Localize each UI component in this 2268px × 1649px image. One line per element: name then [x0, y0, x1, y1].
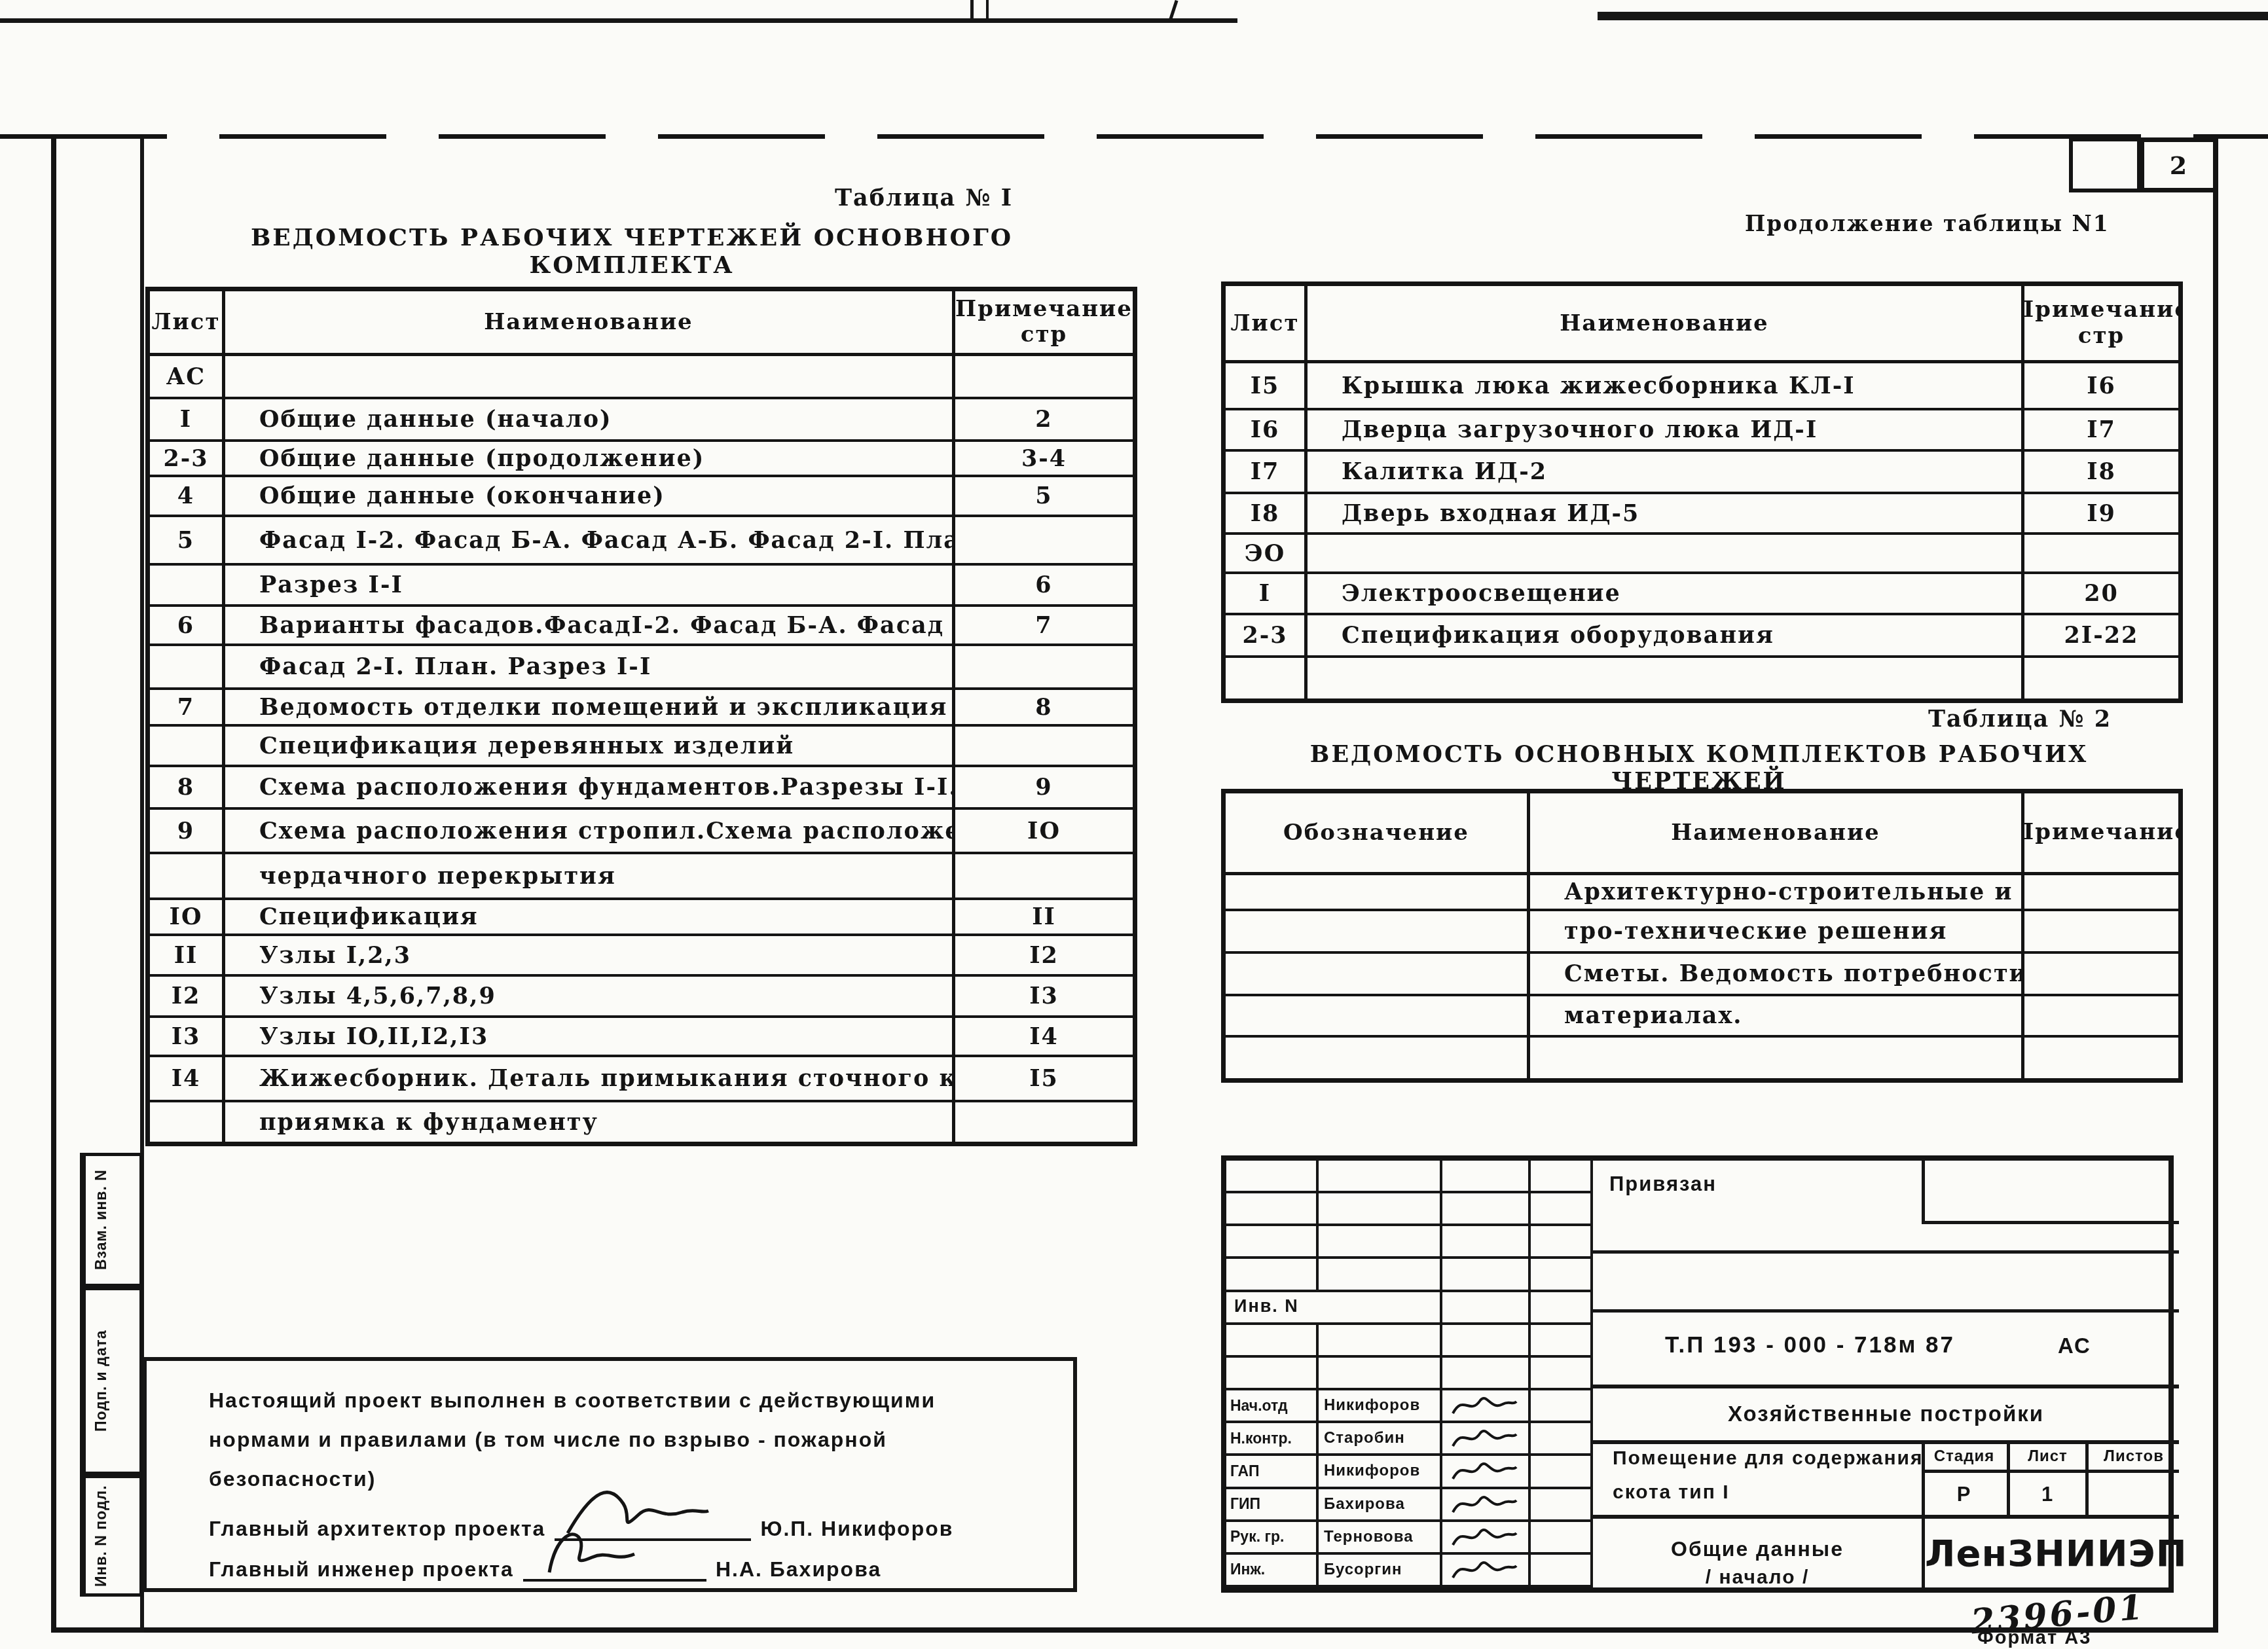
grid-cell	[1531, 1390, 1593, 1423]
table-cell-text: I6	[2087, 372, 2116, 399]
table-cell-text: Крышка люка жижесборника КЛ-I	[1342, 372, 1856, 399]
table-main-sets: ОбозначениеНаименованиеПримечаниеАрхитек…	[1221, 789, 2183, 1083]
table-cell-text: 2I-22	[2064, 622, 2139, 649]
scan-artifact-tick	[1169, 0, 1178, 20]
table-cell	[2024, 1038, 2178, 1078]
table-row: 7Ведомость отделки помещений и экспликац…	[150, 690, 1133, 727]
signature-squiggle	[1448, 1523, 1520, 1551]
table-row: IЭлектроосвещение20	[1226, 574, 2178, 615]
table-cell-text: Архитектурно-строительные и элек-	[1564, 879, 2024, 905]
table-cell-text: Узлы IO,II,I2,I3	[259, 1023, 488, 1050]
table-cell: 5	[150, 517, 225, 563]
org-name: ЛенЗНИИЭП	[1925, 1532, 2179, 1575]
divider	[1593, 1309, 2179, 1313]
table-working-drawings: ЛистНаименованиеПримечаниестрАСIОбщие да…	[145, 287, 1137, 1146]
grid-cell: Рук. гр.	[1226, 1522, 1319, 1555]
table-cell: Спецификация деревянных изделий	[225, 727, 955, 765]
table-cell	[955, 1102, 1133, 1142]
grid-cell	[1531, 1522, 1593, 1555]
stamp-sheet-title-line2: / начало /	[1593, 1567, 1922, 1589]
table-cell-text: I2	[172, 983, 201, 1009]
table-cell: 5	[955, 477, 1133, 515]
table-cell	[2024, 996, 2178, 1035]
table-cell	[2024, 875, 2178, 909]
statement-line: нормами и правилами (в том числе по взры…	[209, 1428, 887, 1452]
signature-squiggle	[1448, 1490, 1520, 1519]
scan-artifact-tick	[986, 0, 989, 18]
stamp-doc-number: Т.П 193 - 000 - 718м 87	[1665, 1332, 1955, 1358]
signature-squiggle	[1448, 1391, 1520, 1420]
table-cell-text: 20	[2084, 580, 2119, 607]
table-cell-text: 4	[177, 482, 194, 509]
person-name: Бахирова	[1319, 1495, 1405, 1513]
table-cell-text: 8	[1035, 694, 1052, 721]
table-row: тро-технические решения	[1226, 911, 2178, 954]
table-cell: АС	[150, 356, 225, 397]
table-cell-text: I3	[1029, 983, 1059, 1009]
table-cell: Примечаниестр	[2024, 286, 2178, 360]
table-cell: Варианты фасадов.ФасадI-2. Фасад Б-А. Фа…	[225, 607, 955, 643]
table-cell-text: 7	[177, 694, 194, 721]
grid-cell: Бусоргин	[1319, 1555, 1442, 1587]
table-cell-text: Узлы I,2,3	[259, 942, 411, 969]
table-cell: I7	[2024, 410, 2178, 449]
table-cell: I5	[1226, 363, 1308, 408]
sheet-number-value: 1	[2010, 1483, 2085, 1506]
grid-cell	[1442, 1522, 1531, 1555]
table-cell-text: Лист	[151, 309, 220, 335]
person-name: Никифоров	[1319, 1396, 1420, 1415]
table-row: I4Жижесборник. Деталь примыкания сточног…	[150, 1057, 1133, 1102]
margin-stamp-label: Инв. N подл.	[83, 1478, 116, 1593]
table-row: Разрез I-I6	[150, 566, 1133, 607]
table-cell-text: Схема расположения стропил.Схема располо…	[259, 818, 955, 844]
table-cell: I3	[955, 977, 1133, 1015]
statement-line: безопасности)	[209, 1467, 376, 1491]
table-cell-text: Узлы 4,5,6,7,8,9	[259, 983, 496, 1009]
table-cell: I9	[2024, 494, 2178, 532]
divider	[1593, 1385, 2179, 1388]
table-cell-text: Спецификация деревянных изделий	[259, 733, 794, 759]
table-cell: Примечаниестр	[955, 291, 1133, 353]
grid-cell	[1226, 1358, 1319, 1390]
grid-cell	[1442, 1555, 1531, 1587]
grid-cell	[1442, 1259, 1531, 1292]
table-cell-text: IO	[1027, 818, 1061, 844]
table-cell	[1226, 954, 1530, 994]
table2-caption: Таблица № 2	[1928, 706, 2112, 733]
table-cell	[1226, 658, 1308, 698]
grid-cell	[1531, 1161, 1593, 1193]
table-cell: Общие данные (начало)	[225, 399, 955, 439]
table-cell-text: Общие данные (начало)	[259, 406, 612, 433]
table-cell: ЭО	[1226, 535, 1308, 571]
table-cell-text: ЭО	[1245, 540, 1285, 567]
table-row: I7Калитка ИД-2I8	[1226, 452, 2178, 494]
table-header-row: ЛистНаименованиеПримечаниестр	[1226, 286, 2178, 363]
table-cell-text: материалах.	[1564, 1002, 1743, 1029]
margin-stamp-box: Взам. инв. N	[80, 1153, 143, 1287]
table-cell: Фасад 2-I. План. Разрез I-I	[225, 646, 955, 687]
table-cell: I7	[1226, 452, 1308, 492]
table-cell-text: Схема расположения фундаментов.Разрезы I…	[259, 774, 955, 801]
table-cell-text: Спецификация	[259, 903, 479, 930]
divider	[1922, 1221, 2179, 1224]
compliance-statement-box: Настоящий проект выполнен в соответствии…	[143, 1357, 1077, 1592]
table-cell-text: тро-технические решения	[1564, 918, 1947, 945]
table-cell	[955, 517, 1133, 563]
table-cell: Калитка ИД-2	[1308, 452, 2024, 492]
grid-cell	[1531, 1489, 1593, 1522]
table-row: 2-3Спецификация оборудования2I-22	[1226, 615, 2178, 658]
grid-cell: Никифоров	[1319, 1390, 1442, 1423]
table-cell-text: I8	[2087, 458, 2116, 485]
table-cell: Лист	[1226, 286, 1308, 360]
divider	[1922, 1470, 2179, 1473]
table-cell-text: стр	[1021, 322, 1068, 348]
grid-cell: Терновова	[1319, 1522, 1442, 1555]
table-cell: Архитектурно-строительные и элек-	[1530, 875, 2024, 909]
table-cell-text: I3	[172, 1023, 201, 1050]
table-cell: материалах.	[1530, 996, 2024, 1035]
table-cell	[150, 646, 225, 687]
grid-cell	[1442, 1325, 1531, 1358]
grid-cell	[1531, 1358, 1593, 1390]
table-cell: Общие данные (окончание)	[225, 477, 955, 515]
table-row: 5Фасад I-2. Фасад Б-А. Фасад А-Б. Фасад …	[150, 517, 1133, 566]
stage-header-stadia: Стадия	[1922, 1447, 2007, 1466]
table-cell	[955, 646, 1133, 687]
grid-cell	[1226, 1259, 1319, 1292]
table-cell: 9	[150, 810, 225, 852]
person-name: Терновова	[1319, 1528, 1414, 1546]
table-cell-text: 8	[177, 774, 194, 801]
table-cell: Наименование	[1530, 793, 2024, 872]
margin-stamp-box: Инв. N подл.	[80, 1475, 143, 1597]
table-cell: Обозначение	[1226, 793, 1530, 872]
table-row: 4Общие данные (окончание)5	[150, 477, 1133, 517]
table-cell-text: I	[180, 406, 192, 433]
divider	[1593, 1250, 2179, 1254]
signature-squiggle	[1448, 1457, 1520, 1485]
table-row: I5Крышка люка жижесборника КЛ-II6	[1226, 363, 2178, 410]
table-row: Спецификация деревянных изделий	[150, 727, 1133, 767]
grid-cell	[1531, 1226, 1593, 1259]
table-cell: I2	[955, 936, 1133, 974]
table-cell: 2	[955, 399, 1133, 439]
table-cell: Общие данные (продолжение)	[225, 442, 955, 475]
statement-line: Настоящий проект выполнен в соответствии…	[209, 1388, 936, 1413]
table-cell: 7	[150, 690, 225, 724]
table-cell: 8	[150, 767, 225, 807]
table-cell-text: 3-4	[1021, 445, 1067, 472]
grid-cell	[1531, 1193, 1593, 1226]
table-cell-text: Обозначение	[1283, 820, 1469, 846]
signature-squiggle	[1448, 1555, 1520, 1584]
margin-stamp-empty-cell	[116, 1478, 139, 1593]
person-name: Бусоргин	[1319, 1561, 1402, 1579]
grid-cell	[1319, 1226, 1442, 1259]
table-row: I8Дверь входная ИД-5I9	[1226, 494, 2178, 535]
signer-name: Н.А. Бахирова	[716, 1557, 881, 1582]
table-cell-text: приямка к фундаменту	[259, 1109, 598, 1136]
grid-cell	[1531, 1555, 1593, 1587]
divider	[1593, 1515, 2179, 1519]
table-cell: Наименование	[225, 291, 955, 353]
grid-cell	[1442, 1456, 1531, 1489]
table-cell-text: Фасад 2-I. План. Разрез I-I	[259, 653, 651, 680]
table-cell: 2I-22	[2024, 615, 2178, 655]
table-cell	[1226, 875, 1530, 909]
stage-value: Р	[1922, 1483, 2007, 1506]
grid-cell	[1531, 1259, 1593, 1292]
table1cont-caption: Продолжение таблицы N1	[1745, 211, 2110, 236]
signature-squiggle	[1448, 1424, 1520, 1453]
table-cell: I8	[2024, 452, 2178, 492]
table-cell-text: Сметы. Ведомость потребности в	[1564, 960, 2024, 987]
table-cell-text: 7	[1035, 612, 1052, 639]
table-cell-text: IO	[170, 903, 203, 930]
table-header-row: ЛистНаименованиеПримечаниестр	[150, 291, 1133, 356]
grid-cell: Бахирова	[1319, 1489, 1442, 1522]
grid-cell	[1531, 1456, 1593, 1489]
table-cell: I8	[1226, 494, 1308, 532]
signer-role: Главный инженер проекта	[209, 1557, 514, 1582]
grid-cell	[1226, 1226, 1319, 1259]
signature-squiggle	[530, 1521, 661, 1578]
table-cell: Наименование	[1308, 286, 2024, 360]
table-cell-text: Фасад I-2. Фасад Б-А. Фасад А-Б. Фасад 2…	[259, 527, 955, 554]
table-cell: I	[1226, 574, 1308, 613]
table-cell-text: I5	[1029, 1065, 1059, 1092]
table-cell-text: 9	[1035, 774, 1052, 801]
table-cell-text: 6	[1035, 571, 1052, 598]
grid-cell	[1226, 1161, 1319, 1193]
table-cell-text: I8	[1251, 500, 1280, 527]
grid-cell	[1442, 1489, 1531, 1522]
grid-cell: ГИП	[1226, 1489, 1319, 1522]
table-cell-text: I4	[1029, 1023, 1059, 1050]
table-row: материалах.	[1226, 996, 2178, 1038]
table-cell-text: Общие данные (продолжение)	[259, 445, 704, 472]
grid-cell	[1442, 1423, 1531, 1456]
margin-stamp-label: Подп. и дата	[83, 1290, 116, 1472]
table-cell: Сметы. Ведомость потребности в	[1530, 954, 2024, 994]
table-cell	[150, 1102, 225, 1142]
table-cell-text: Калитка ИД-2	[1342, 458, 1547, 485]
table-cell: I4	[955, 1018, 1133, 1055]
table-cell: Лист	[150, 291, 225, 353]
grid-cell	[1531, 1325, 1593, 1358]
table-cell: 8	[955, 690, 1133, 724]
stamp-inv-label: Инв. N	[1234, 1296, 1299, 1316]
stage-header-list: Лист	[2010, 1447, 2085, 1466]
table-cell: I3	[150, 1018, 225, 1055]
stamp-sheet-title-line1: Общие данные	[1593, 1537, 1922, 1561]
table-cell: чердачного перекрытия	[225, 854, 955, 897]
table1-title: ВЕДОМОСТЬ РАБОЧИХ ЧЕРТЕЖЕЙ ОСНОВНОГО КОМ…	[196, 224, 1067, 279]
grid-cell: Нач.отд	[1226, 1390, 1319, 1423]
table-cell	[1226, 1038, 1530, 1078]
table-cell: 6	[150, 607, 225, 643]
grid-cell: Старобин	[1319, 1423, 1442, 1456]
grid-cell	[1319, 1358, 1442, 1390]
page-number: 2	[2170, 151, 2188, 180]
table-cell: I	[150, 399, 225, 439]
table-cell: I5	[955, 1057, 1133, 1100]
margin-stamp-box: Подп. и дата	[80, 1287, 143, 1475]
grid-cell	[1319, 1325, 1442, 1358]
table-cell: Узлы 4,5,6,7,8,9	[225, 977, 955, 1015]
table-cell-text: стр	[2078, 323, 2125, 349]
table-cell: 7	[955, 607, 1133, 643]
table-cell: Крышка люка жижесборника КЛ-I	[1308, 363, 2024, 408]
margin-stamp-empty-cell	[116, 1156, 139, 1284]
table-cell-text: 2-3	[1242, 622, 1287, 649]
table-cell: Примечание	[2024, 793, 2178, 872]
person-role: Инж.	[1226, 1561, 1265, 1578]
table-cell: 20	[2024, 574, 2178, 613]
table-row: 2-3Общие данные (продолжение)3-4	[150, 442, 1133, 477]
grid-cell: Инж.	[1226, 1555, 1319, 1587]
grid-cell	[1442, 1292, 1531, 1325]
table-cell: тро-технические решения	[1530, 911, 2024, 951]
table-cell: Жижесборник. Деталь примыкания сточного …	[225, 1057, 955, 1100]
page-number-box: 2	[2140, 137, 2218, 192]
table-cell: 2-3	[1226, 615, 1308, 655]
table-cell-text: Дверца загрузочного люка ИД-I	[1342, 416, 1818, 443]
table-cell-text: Дверь входная ИД-5	[1342, 500, 1639, 527]
table-cell: IO	[150, 900, 225, 933]
signature-line	[523, 1572, 706, 1582]
table-cell: II	[150, 936, 225, 974]
table-row: ЭО	[1226, 535, 2178, 574]
person-role: ГАП	[1226, 1462, 1259, 1480]
scan-artifact-line	[1598, 12, 2268, 20]
table-cell: 6	[955, 566, 1133, 604]
table-cell: IO	[955, 810, 1133, 852]
table-cell-text: 9	[177, 818, 194, 844]
grid-cell: Никифоров	[1319, 1456, 1442, 1489]
table-cell-text: Общие данные (окончание)	[259, 482, 665, 509]
table-cell: приямка к фундаменту	[225, 1102, 955, 1142]
table-row: IОбщие данные (начало)2	[150, 399, 1133, 442]
table-cell-text: I	[1259, 580, 1271, 607]
page-number-box-empty	[2069, 137, 2141, 192]
table-cell	[1308, 535, 2024, 571]
table-cell-text: I7	[1251, 458, 1280, 485]
grid-cell	[1442, 1390, 1531, 1423]
table-cell	[150, 854, 225, 897]
person-role: Н.контр.	[1226, 1430, 1292, 1447]
grid-cell	[1442, 1226, 1531, 1259]
table-cell: I4	[150, 1057, 225, 1100]
format-label: Формат А3	[1977, 1627, 2091, 1649]
person-name: Никифоров	[1319, 1462, 1420, 1480]
table-cell-text: Ведомость отделки помещений и экспликаци…	[259, 694, 955, 721]
table-cell-text: Лист	[1230, 310, 1299, 336]
table-cell-text: Электроосвещение	[1342, 580, 1621, 607]
signature-row-engineer: Главный инженер проекта Н.А. Бахирова	[209, 1557, 881, 1582]
table-cell-text: Примечание	[955, 297, 1133, 322]
table-cell	[1530, 1038, 2024, 1078]
margin-stamp-empty-cell	[116, 1290, 139, 1472]
table-cell	[150, 566, 225, 604]
person-name: Старобин	[1319, 1429, 1405, 1447]
table-cell-text: II	[174, 942, 198, 969]
table-row: I3Узлы IO,II,I2,I3I4	[150, 1018, 1133, 1057]
table-cell: Фасад I-2. Фасад Б-А. Фасад А-Б. Фасад 2…	[225, 517, 955, 563]
table-cell-text: II	[1032, 903, 1056, 930]
table-cell	[955, 854, 1133, 897]
table-cell-text: Жижесборник. Деталь примыкания сточного …	[259, 1065, 955, 1092]
table-cell-text: Примечание	[2024, 297, 2178, 323]
table-cell-text: I4	[172, 1065, 201, 1092]
table-cell	[2024, 535, 2178, 571]
table-row: 9Схема расположения стропил.Схема распол…	[150, 810, 1133, 854]
table-cell-text: I2	[1029, 942, 1059, 969]
grid-cell: Н.контр.	[1226, 1423, 1319, 1456]
table-cell-text: I5	[1251, 372, 1280, 399]
grid-cell	[1319, 1193, 1442, 1226]
table-cell-text: 2-3	[163, 445, 208, 472]
table-cell-text: I6	[1251, 416, 1280, 443]
table-row	[1226, 1038, 2178, 1078]
table-row: чердачного перекрытия	[150, 854, 1133, 900]
table-cell: I2	[150, 977, 225, 1015]
table-cell: Схема расположения стропил.Схема располо…	[225, 810, 955, 852]
grid-cell	[1226, 1193, 1319, 1226]
grid-cell	[1531, 1423, 1593, 1456]
table-cell	[2024, 954, 2178, 994]
table-cell: Дверца загрузочного люка ИД-I	[1308, 410, 2024, 449]
table-cell: Узлы IO,II,I2,I3	[225, 1018, 955, 1055]
table-cell: 4	[150, 477, 225, 515]
table-cell-text: Разрез I-I	[259, 571, 403, 598]
divider	[1593, 1440, 2179, 1444]
table-row: I2Узлы 4,5,6,7,8,9I3	[150, 977, 1133, 1018]
table-cell-text: 5	[177, 527, 194, 554]
stamp-object-line2: скота тип I	[1613, 1481, 1730, 1504]
table-cell: 9	[955, 767, 1133, 807]
table-cell	[2024, 911, 2178, 951]
grid-cell	[1319, 1161, 1442, 1193]
stage-header-listov: Листов	[2089, 1447, 2179, 1466]
table-cell-text: I7	[2087, 416, 2116, 443]
drawing-sheet: 2 Таблица № I ВЕДОМОСТЬ РАБОЧИХ ЧЕРТЕЖЕЙ…	[0, 0, 2268, 1649]
table-cell-text: 2	[1035, 406, 1052, 433]
table-row: 8Схема расположения фундаментов.Разрезы …	[150, 767, 1133, 810]
table-cell: Дверь входная ИД-5	[1308, 494, 2024, 532]
table-cell-text: I9	[2087, 500, 2116, 527]
table-cell: Спецификация оборудования	[1308, 615, 2024, 655]
table-cell-text: 5	[1035, 482, 1052, 509]
table-row: Архитектурно-строительные и элек-	[1226, 875, 2178, 911]
title-block: Нач.отдНикифоровН.контр.СтаробинГАПНикиф…	[1221, 1155, 2174, 1593]
table-cell	[1226, 996, 1530, 1035]
table-cell-text: Спецификация оборудования	[1342, 622, 1774, 649]
grid-cell	[1531, 1292, 1593, 1325]
table-cell	[150, 727, 225, 765]
stamp-set-code: АС	[2058, 1333, 2091, 1358]
grid-cell	[1442, 1161, 1531, 1193]
margin-stamp-label: Взам. инв. N	[83, 1156, 116, 1284]
table-cell	[1308, 658, 2024, 698]
table-cell-text: Наименование	[484, 309, 693, 335]
grid-cell	[1319, 1259, 1442, 1292]
stamp-project-title: Хозяйственные постройки	[1593, 1402, 2179, 1426]
stamp-object-line1: Помещение для содержания	[1613, 1447, 1924, 1470]
